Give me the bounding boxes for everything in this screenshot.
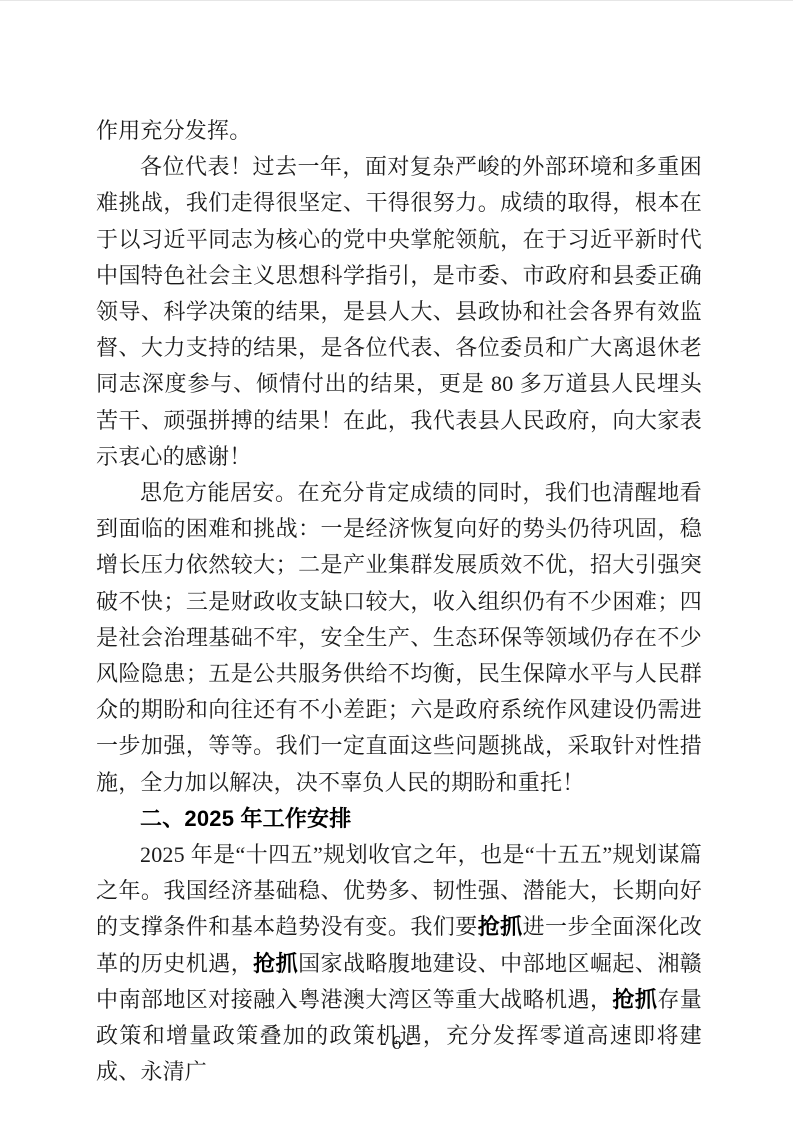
paragraph: 作用充分发挥。	[96, 113, 702, 149]
paragraph: 思危方能居安。在充分肯定成绩的同时，我们也清醒地看到面临的困难和挑战：一是经济恢…	[96, 475, 702, 801]
paragraph: 各位代表！过去一年，面对复杂严峻的外部环境和多重困难挑战，我们走得很坚定、干得很…	[96, 149, 702, 475]
text-run: 思危方能居安。在充分肯定成绩的同时，我们也清醒地看到面临的困难和挑战：一是经济恢…	[96, 480, 702, 795]
emphasis-text-run: 二、2025 年工作安排	[140, 806, 351, 831]
page-number: - 6 -	[0, 1031, 793, 1055]
emphasis-text-run: 抢抓	[478, 914, 523, 939]
report-text: 作用充分发挥。各位代表！过去一年，面对复杂严峻的外部环境和多重困难挑战，我们走得…	[96, 113, 702, 1090]
document-page: 作用充分发挥。各位代表！过去一年，面对复杂严峻的外部环境和多重困难挑战，我们走得…	[0, 0, 793, 1123]
emphasis-text-run: 抢抓	[612, 987, 657, 1012]
text-run: 各位代表！过去一年，面对复杂严峻的外部环境和多重困难挑战，我们走得很坚定、干得很…	[96, 154, 702, 469]
section-heading: 二、2025 年工作安排	[96, 801, 702, 837]
emphasis-text-run: 抢抓	[253, 951, 298, 976]
text-run: 作用充分发挥。	[96, 118, 251, 143]
